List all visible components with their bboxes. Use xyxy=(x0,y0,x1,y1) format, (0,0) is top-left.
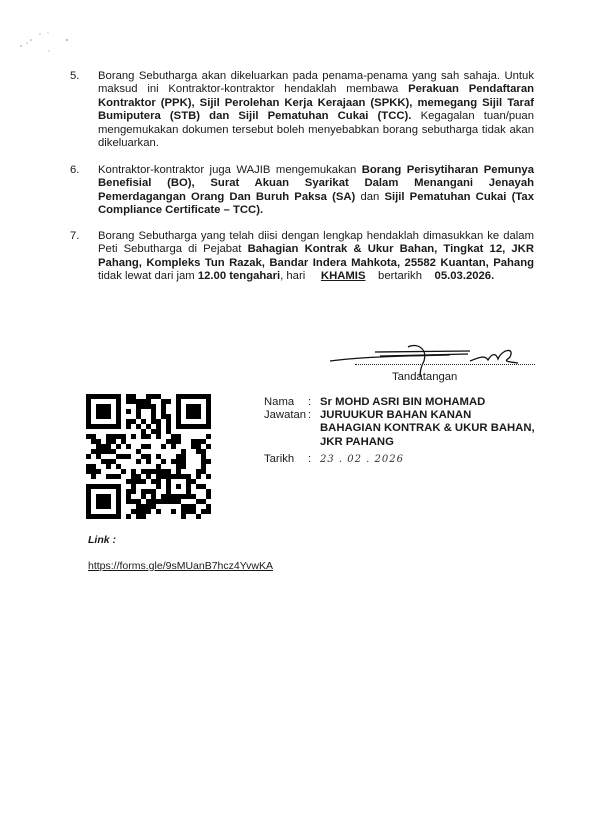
clause-number: 5. xyxy=(70,70,79,83)
signature-label: Tandatangan xyxy=(392,371,457,383)
clause-text: Kontraktor-kontraktor juga WAJIB mengemu… xyxy=(98,164,534,218)
clause-segment: tidak lewat dari jam xyxy=(98,270,198,282)
clause-segment: 05.03.2026. xyxy=(435,270,495,282)
jawatan-value-line-1: JURUUKUR BAHAN KANAN xyxy=(320,409,471,422)
clause-6: 6. Kontraktor-kontraktor juga WAJIB meng… xyxy=(70,164,534,218)
clause-segment: Kontraktor-kontraktor juga WAJIB mengemu… xyxy=(98,164,362,176)
tarikh-label: Tarikh xyxy=(264,453,308,466)
colon: : xyxy=(308,453,311,466)
clause-5: 5. Borang Sebutharga akan dikeluarkan pa… xyxy=(70,70,534,150)
tarikh-value: 23 . 02 . 2026 xyxy=(320,453,404,466)
jawatan-value-line-3: JKR PAHANG xyxy=(320,436,394,449)
clause-text: Borang Sebutharga yang telah diisi denga… xyxy=(98,230,534,284)
signature-line xyxy=(355,364,535,365)
clause-text: Borang Sebutharga akan dikeluarkan pada … xyxy=(98,70,534,150)
jawatan-value-line-2: BAHAGIAN KONTRAK & UKUR BAHAN, xyxy=(320,422,535,435)
scan-speckles xyxy=(0,0,100,60)
nama-value: Sr MOHD ASRI BIN MOHAMAD xyxy=(320,396,485,409)
colon: : xyxy=(308,409,311,422)
clause-segment: 12.00 tengahari xyxy=(198,270,280,282)
link-label: Link : xyxy=(88,534,116,546)
clause-segment: KHAMIS xyxy=(321,270,366,282)
clause-number: 7. xyxy=(70,230,79,243)
clause-7: 7. Borang Sebutharga yang telah diisi de… xyxy=(70,230,534,284)
form-link[interactable]: https://forms.gle/9sMUanB7hcz4YvwKA xyxy=(88,560,273,572)
clause-number: 6. xyxy=(70,164,79,177)
qr-code-icon[interactable] xyxy=(86,394,211,519)
signature-block: Tandatangan xyxy=(320,335,540,385)
clause-segment: dan xyxy=(355,191,384,203)
colon: : xyxy=(308,396,311,409)
clause-segment: bertarikh xyxy=(365,270,434,282)
jawatan-label: Jawatan xyxy=(264,409,308,422)
clause-segment: , hari xyxy=(280,270,321,282)
nama-label: Nama xyxy=(264,396,308,409)
